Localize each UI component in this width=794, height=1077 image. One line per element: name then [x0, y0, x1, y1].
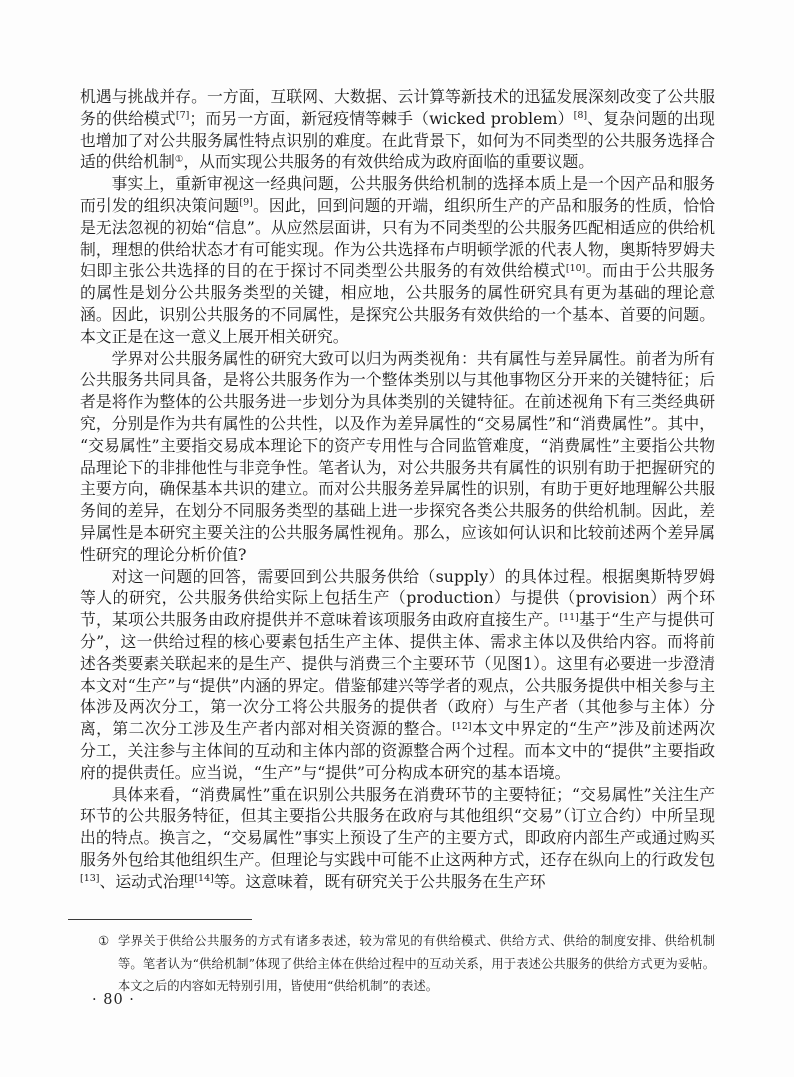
- footnote-marker: ①: [98, 930, 109, 953]
- citation-ref: [10]: [566, 263, 586, 274]
- citation-ref: [9]: [239, 197, 252, 208]
- article-body: 机遇与挑战并存。一方面，互联网、大数据、云计算等新技术的迅猛发展深刻改变了公共服…: [80, 86, 715, 892]
- text-run: 、运动式治理: [100, 872, 195, 891]
- text-run: 学界对公共服务属性的研究大致可以归为两类视角：共有属性与差异属性。前者为所有公共…: [80, 349, 715, 564]
- text-run: ；而另一方面，新冠疫情等棘手（wicked problem）: [189, 109, 573, 128]
- paragraph: 机遇与挑战并存。一方面，互联网、大数据、云计算等新技术的迅猛发展深刻改变了公共服…: [80, 86, 715, 173]
- citation-ref: [11]: [559, 612, 579, 623]
- text-run: 具体来看，“消费属性”重在识别公共服务在消费环节的主要特征；“交易属性”关注生产…: [80, 785, 715, 869]
- citation-ref: [13]: [80, 873, 100, 884]
- paragraph: 学界对公共服务属性的研究大致可以归为两类视角：共有属性与差异属性。前者为所有公共…: [80, 348, 715, 566]
- citation-ref: [7]: [176, 110, 189, 121]
- page: 机遇与挑战并存。一方面，互联网、大数据、云计算等新技术的迅猛发展深刻改变了公共服…: [0, 0, 794, 1077]
- paragraph: 对这一问题的回答，需要回到公共服务供给（supply）的具体过程。根据奥斯特罗姆…: [80, 566, 715, 784]
- footnote: ① 学界关于供给公共服务的方式有诸多表述，较为常见的有供给模式、供给方式、供给的…: [80, 930, 715, 998]
- text-run: ，从而实现公共服务的有效供给成为政府面临的重要议题。: [183, 152, 594, 171]
- paragraph: 具体来看，“消费属性”重在识别公共服务在消费环节的主要特征；“交易属性”关注生产…: [80, 784, 715, 893]
- citation-ref: [14]: [194, 873, 214, 884]
- text-run: 等。这意味着，既有研究关于公共服务在生产环: [214, 872, 546, 891]
- footnote-text: 学界关于供给公共服务的方式有诸多表述，较为常见的有供给模式、供给方式、供给的制度…: [118, 930, 715, 998]
- citation-ref: [8]: [574, 110, 587, 121]
- citation-ref: [12]: [452, 721, 472, 732]
- page-number: · 80 ·: [92, 992, 135, 1008]
- footnote-ref: ①: [175, 154, 184, 165]
- paragraph: 事实上，重新审视这一经典问题，公共服务供给机制的选择本质上是一个因产品和服务而引…: [80, 173, 715, 347]
- footnote-divider: [68, 919, 252, 920]
